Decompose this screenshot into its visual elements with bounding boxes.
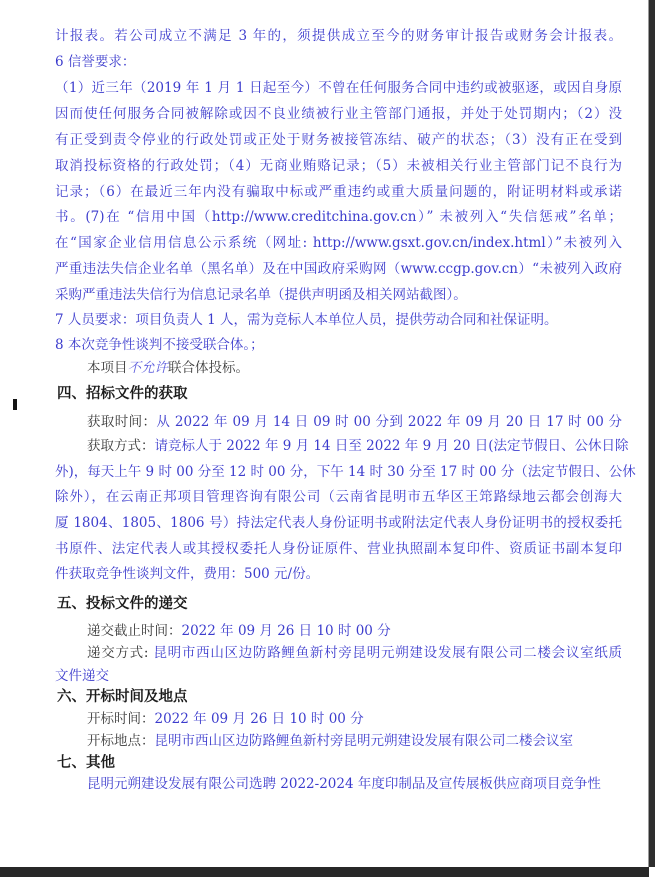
text-line: 取消投标资格的行政处罚；（4）无商业贿赂记录；（5）未被相关行业主管部门记不良行… — [55, 158, 622, 175]
text-line: 严重违法失信企业名单（黑名单）及在中国政府采购网（www.ccgp.gov.cn… — [55, 261, 622, 278]
text-segment: 联合体投标。 — [168, 360, 249, 376]
scan-artifact-mark — [13, 399, 17, 410]
text-line: 有正受到责令停业的行政处罚或正处于财务被接管冻结、破产的状态；（3）没有正在受到 — [55, 132, 622, 149]
text-line: 7 人员要求：项目负责人 1 人，需为竞标人本单位人员，提供劳动合同和社保证明。 — [55, 312, 558, 329]
text-line: 获取时间：从 2022 年 09 月 14 日 09 时 00 分到 2022 … — [87, 414, 622, 431]
text-line: 6 信誉要求： — [55, 54, 135, 71]
field-label: 获取时间： — [87, 414, 156, 430]
page-edge-bottom — [0, 867, 649, 877]
text-line: 件获取竞争性谈判文件，费用：500 元/份。 — [55, 566, 319, 583]
text-line: 在“国家企业信用信息公示系统（网址: http://www.gsxt.gov.c… — [55, 235, 622, 252]
text-line: 书。(7)在 “信用中国（http://www.creditchina.gov.… — [55, 209, 622, 226]
text-line: 递交截止时间：2022 年 09 月 26 日 10 时 00 分 — [87, 623, 391, 640]
text-line: 开标时间：2022 年 09 月 26 日 10 时 00 分 — [87, 711, 364, 728]
field-label: 递交截止时间： — [87, 623, 182, 639]
field-value: 请竞标人于 2022 年 9 月 14 日至 2022 年 9 月 20 日(法… — [155, 438, 629, 454]
field-label: 获取方式： — [87, 438, 155, 454]
field-value: 从 2022 年 09 月 14 日 09 时 00 分到 2022 年 09 … — [156, 414, 622, 430]
text-line: 本项目不允许联合体投标。 — [87, 360, 249, 377]
field-label: 递交方式: — [87, 645, 153, 661]
text-line: 开标地点：昆明市西山区边防路鲤鱼新村旁昆明元朔建设发展有限公司二楼会议室 — [87, 733, 573, 750]
text-line: 递交方式: 昆明市西山区边防路鲤鱼新村旁昆明元朔建设发展有限公司二楼会议室纸质 — [87, 645, 622, 662]
field-value: 昆明市西山区边防路鲤鱼新村旁昆明元朔建设发展有限公司二楼会议室纸质 — [153, 645, 622, 661]
section-heading-4: 四、招标文件的获取 — [57, 385, 188, 402]
text-line: 计报表。若公司成立不满足 3 年的，须提供成立至今的财务审计报告或财务会计报表。 — [55, 28, 622, 45]
field-value: 昆明市西山区边防路鲤鱼新村旁昆明元朔建设发展有限公司二楼会议室 — [155, 733, 574, 749]
section-heading-6: 六、开标时间及地点 — [57, 688, 188, 705]
page-edge-right — [648, 0, 655, 867]
text-line: 因而使任何服务合同被解除或因不良业绩被行业主管部门通报，并处于处罚期内；（2）没 — [55, 106, 622, 123]
text-line: 获取方式：请竞标人于 2022 年 9 月 14 日至 2022 年 9 月 2… — [87, 438, 622, 455]
text-line: 外)，每天上午 9 时 00 分至 12 时 00 分，下午 14 时 30 分… — [55, 464, 622, 481]
field-value: 2022 年 09 月 26 日 10 时 00 分 — [155, 711, 364, 727]
document-page: 计报表。若公司成立不满足 3 年的，须提供成立至今的财务审计报告或财务会计报表。… — [0, 0, 655, 882]
text-line: 采购严重违法失信行为信息记录名单（提供声明函及相关网站截图）。 — [55, 287, 467, 304]
emphasis-text: 不允许 — [128, 360, 169, 376]
text-line: 书原件、法定代表人或其授权委托人身份证原件、营业执照副本复印件、资质证书副本复印 — [55, 541, 622, 558]
text-line: 文件递交 — [55, 668, 109, 685]
field-label: 开标地点： — [87, 733, 155, 749]
section-heading-7: 七、其他 — [57, 754, 115, 771]
field-label: 开标时间： — [87, 711, 155, 727]
text-segment: 本项目 — [87, 360, 128, 376]
text-line: 除外），在云南正邦项目管理咨询有限公司（云南省昆明市五华区王筇路绿地云都会创海大 — [55, 489, 622, 506]
section-heading-5: 五、投标文件的递交 — [57, 595, 188, 612]
text-line: 昆明元朔建设发展有限公司选聘 2022-2024 年度印制品及宣传展板供应商项目… — [87, 776, 601, 793]
field-value: 2022 年 09 月 26 日 10 时 00 分 — [182, 623, 391, 639]
text-line: 记录；（6）在最近三年内没有骗取中标或严重违约或重大质量问题的，附证明材料或承诺 — [55, 184, 622, 201]
text-line: 8 本次竞争性谈判不接受联合体。； — [55, 337, 264, 354]
text-line: 厦 1804、1805、1806 号）持法定代表人身份证明书或附法定代表人身份证… — [55, 515, 622, 532]
text-line: （1）近三年（2019 年 1 月 1 日起至今）不曾在任何服务合同中违约或被驱… — [55, 80, 622, 97]
